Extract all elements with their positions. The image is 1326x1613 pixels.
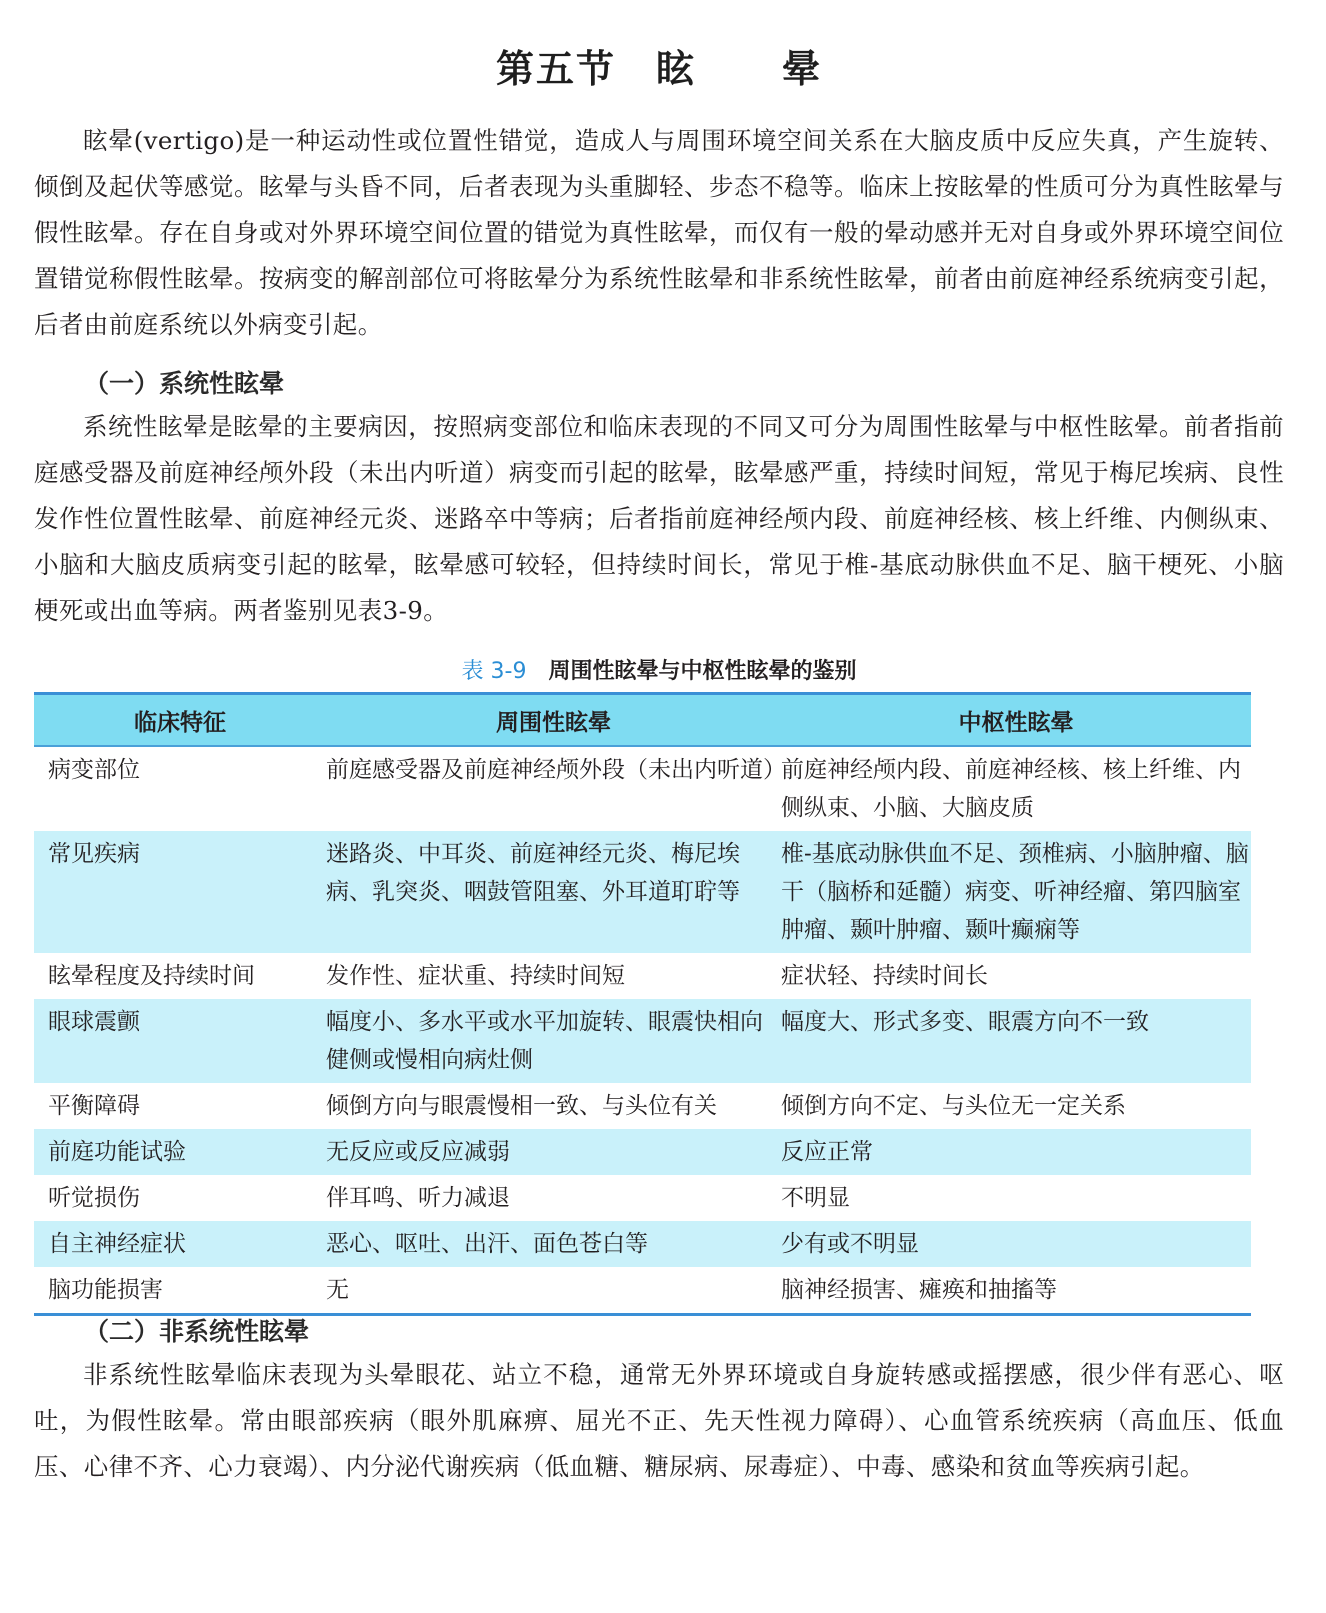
chapter-title-char-2: 晕 <box>782 47 822 91</box>
table-number: 表 3-9 <box>462 659 527 684</box>
section-heading-nonsystemic: （二）非系统性眩晕 <box>84 1312 309 1348</box>
table-row: 病变部位 前庭感受器及前庭神经颅外段（未出内听道） 前庭神经颅内段、前庭神经核、… <box>34 746 1251 831</box>
table-row: 听觉损伤 伴耳鸣、听力减退 不明显 <box>34 1175 1251 1221</box>
chapter-title: 第五节眩晕 <box>34 38 1284 93</box>
cell-peripheral: 伴耳鸣、听力减退 <box>326 1175 781 1221</box>
cell-feature: 病变部位 <box>34 746 326 831</box>
table-caption: 表 3-9周围性眩晕与中枢性眩晕的鉴别 <box>34 654 1284 685</box>
header-feature: 临床特征 <box>34 694 326 747</box>
cell-peripheral: 幅度小、多水平或水平加旋转、眼震快相向健侧或慢相向病灶侧 <box>326 999 781 1083</box>
cell-peripheral: 恶心、呕吐、出汗、面色苍白等 <box>326 1221 781 1267</box>
cell-peripheral: 发作性、症状重、持续时间短 <box>326 953 781 999</box>
table-row: 眼球震颤 幅度小、多水平或水平加旋转、眼震快相向健侧或慢相向病灶侧 幅度大、形式… <box>34 999 1251 1083</box>
cell-feature: 自主神经症状 <box>34 1221 326 1267</box>
cell-feature: 脑功能损害 <box>34 1267 326 1315</box>
cell-feature: 平衡障碍 <box>34 1083 326 1129</box>
section-heading-systemic: （一）系统性眩晕 <box>84 364 284 400</box>
chapter-number: 第五节 <box>496 47 616 91</box>
cell-central: 椎-基底动脉供血不足、颈椎病、小脑肿瘤、脑干（脑桥和延髓）病变、听神经瘤、第四脑… <box>781 831 1251 953</box>
table-row: 脑功能损害 无 脑神经损害、瘫痪和抽搐等 <box>34 1267 1251 1315</box>
table-row: 自主神经症状 恶心、呕吐、出汗、面色苍白等 少有或不明显 <box>34 1221 1251 1267</box>
table-row: 常见疾病 迷路炎、中耳炎、前庭神经元炎、梅尼埃病、乳突炎、咽鼓管阻塞、外耳道耵聍… <box>34 831 1251 953</box>
cell-central: 幅度大、形式多变、眼震方向不一致 <box>781 999 1251 1083</box>
cell-feature: 听觉损伤 <box>34 1175 326 1221</box>
systemic-paragraph: 系统性眩晕是眩晕的主要病因，按照病变部位和临床表现的不同又可分为周围性眩晕与中枢… <box>34 404 1284 634</box>
cell-central: 前庭神经颅内段、前庭神经核、核上纤维、内侧纵束、小脑、大脑皮质 <box>781 746 1251 831</box>
cell-feature: 常见疾病 <box>34 831 326 953</box>
cell-peripheral: 无 <box>326 1267 781 1315</box>
header-peripheral: 周围性眩晕 <box>326 694 781 747</box>
chapter-title-char-1: 眩 <box>656 47 696 91</box>
cell-central: 倾倒方向不定、与头位无一定关系 <box>781 1083 1251 1129</box>
cell-central: 反应正常 <box>781 1129 1251 1175</box>
cell-peripheral: 无反应或反应减弱 <box>326 1129 781 1175</box>
nonsystemic-paragraph: 非系统性眩晕临床表现为头晕眼花、站立不稳，通常无外界环境或自身旋转感或摇摆感，很… <box>34 1352 1284 1490</box>
cell-central: 不明显 <box>781 1175 1251 1221</box>
cell-central: 症状轻、持续时间长 <box>781 953 1251 999</box>
intro-paragraph: 眩晕(vertigo)是一种运动性或位置性错觉，造成人与周围环境空间关系在大脑皮… <box>34 118 1284 348</box>
table-title: 周围性眩晕与中枢性眩晕的鉴别 <box>548 659 856 684</box>
vertigo-differentiation-table: 临床特征 周围性眩晕 中枢性眩晕 病变部位 前庭感受器及前庭神经颅外段（未出内听… <box>34 692 1251 1316</box>
table-row: 眩晕程度及持续时间 发作性、症状重、持续时间短 症状轻、持续时间长 <box>34 953 1251 999</box>
table-row: 前庭功能试验 无反应或反应减弱 反应正常 <box>34 1129 1251 1175</box>
cell-central: 脑神经损害、瘫痪和抽搐等 <box>781 1267 1251 1315</box>
cell-peripheral: 迷路炎、中耳炎、前庭神经元炎、梅尼埃病、乳突炎、咽鼓管阻塞、外耳道耵聍等 <box>326 831 781 953</box>
cell-feature: 前庭功能试验 <box>34 1129 326 1175</box>
table-header-row: 临床特征 周围性眩晕 中枢性眩晕 <box>34 694 1251 747</box>
cell-feature: 眼球震颤 <box>34 999 326 1083</box>
cell-peripheral: 倾倒方向与眼震慢相一致、与头位有关 <box>326 1083 781 1129</box>
cell-feature: 眩晕程度及持续时间 <box>34 953 326 999</box>
header-central: 中枢性眩晕 <box>781 694 1251 747</box>
cell-peripheral: 前庭感受器及前庭神经颅外段（未出内听道） <box>326 746 781 831</box>
cell-central: 少有或不明显 <box>781 1221 1251 1267</box>
table-row: 平衡障碍 倾倒方向与眼震慢相一致、与头位有关 倾倒方向不定、与头位无一定关系 <box>34 1083 1251 1129</box>
